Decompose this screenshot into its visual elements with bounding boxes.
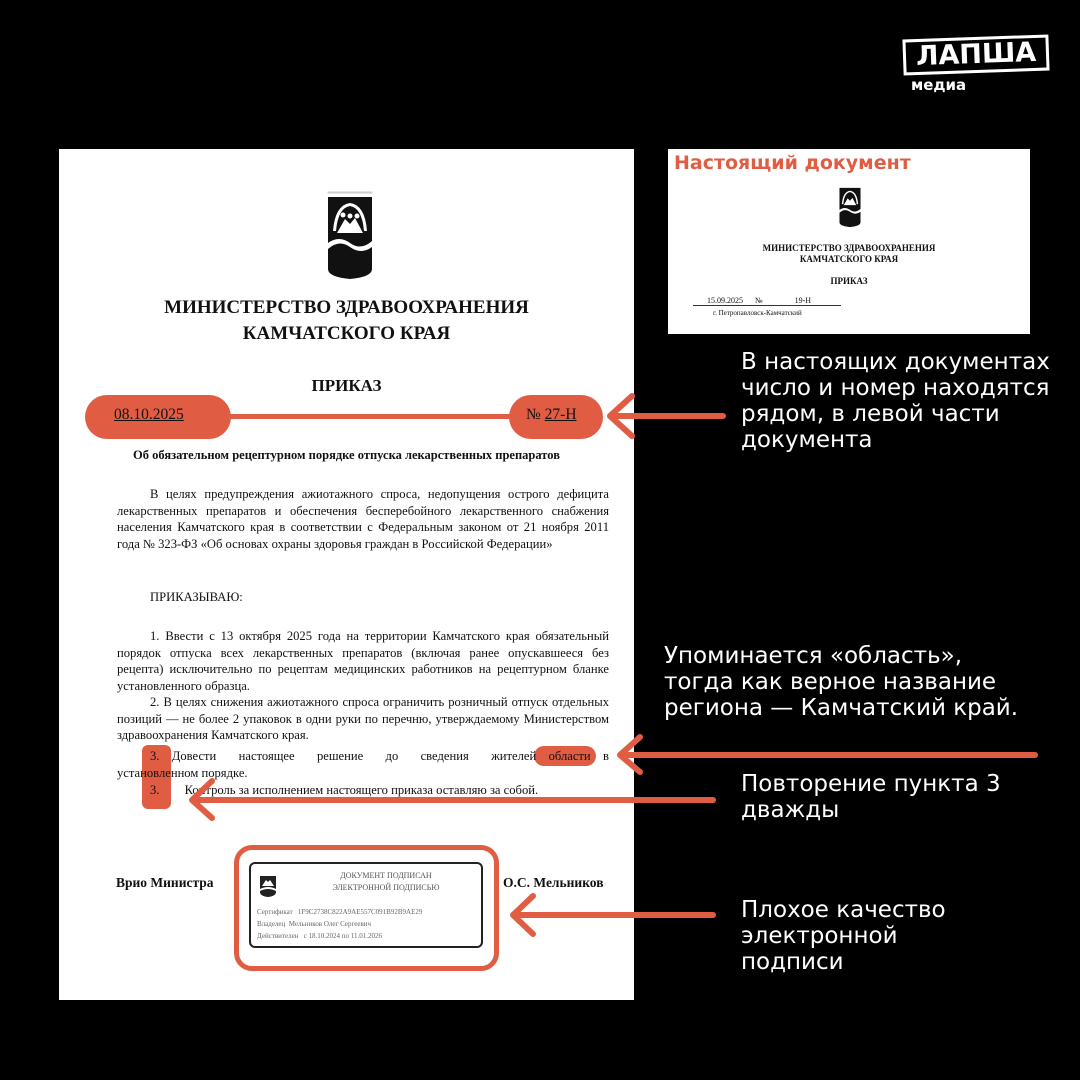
arrow-left-icon (610, 396, 723, 436)
arrow-left-icon (513, 896, 713, 934)
arrow-left-icon (192, 781, 713, 818)
arrow-left-icon (620, 737, 1035, 772)
annotation-arrows (0, 0, 1080, 1080)
